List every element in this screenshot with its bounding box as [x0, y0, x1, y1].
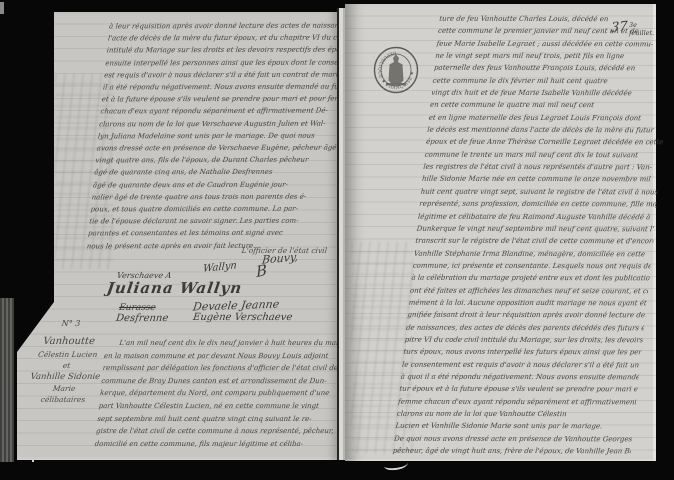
- book-gutter: [337, 8, 345, 460]
- handwritten-line: ture de feu Vanhoutte Charles Louis, déc…: [439, 13, 674, 26]
- handwritten-line: légitime et célibataire de feu Raimond A…: [417, 210, 656, 223]
- handwritten-line: tur époux et à la future épouse s'ils ve…: [399, 383, 638, 396]
- signature-eugene-verschaeve: Eugène Verschaeve: [192, 312, 293, 323]
- act-number: N° 3: [26, 318, 115, 329]
- handwritten-line: âgé de quarante deux ans et de Caudron E…: [92, 178, 335, 191]
- handwritten-line: feue Marie Isabelle Legraet ; aussi décé…: [436, 37, 674, 50]
- signature-officer: Bouvy,: [261, 250, 298, 266]
- handwritten-line: époux et de feue Anne Thérèse Corneille …: [425, 136, 664, 149]
- handwritten-line: célibataires: [18, 394, 107, 405]
- signature-wallyn-flourish: Wallyn: [203, 260, 237, 275]
- handwritten-line: Vanhoutte: [24, 335, 113, 349]
- handwritten-line: parantes et consentantes et les témoins …: [87, 227, 330, 240]
- handwritten-line: vingt quatre ans, fils de l'époux, de Du…: [95, 154, 338, 167]
- handwritten-line: avons dressé acte en présence de Verscha…: [96, 142, 339, 155]
- stacked-page-edges: [0, 298, 14, 462]
- handwritten-line: lyn Juliana Madelaine sont unis par le m…: [97, 129, 340, 142]
- handwritten-line: huit cent quatre vingt sept, suivant le …: [420, 186, 659, 199]
- handwritten-line: et à la future épouse s'ils veulent se p…: [101, 93, 344, 106]
- handwritten-line: les registres de l'état civil à nous rep…: [423, 161, 662, 174]
- handwritten-line: est requis d'avoir à nous déclarer s'il …: [104, 68, 347, 81]
- handwritten-line: ne le vingt sept mars mil neuf trois, pe…: [435, 50, 674, 63]
- handwritten-line: Lucien et Vanhille Sidonie Marie sont un…: [395, 420, 634, 433]
- handwritten-line: transcrit sur le régistre de l'état civi…: [415, 235, 654, 248]
- signature-juliana-wallyn: Juliana Wallyn: [106, 279, 244, 297]
- signature-eurasse: Eurasse: [118, 303, 156, 313]
- handwritten-line: Célestin Lucien: [23, 349, 112, 360]
- handwritten-line: et en ligne maternelle des feus Legraet …: [428, 111, 667, 124]
- handwritten-line: Vanhille Sidonie: [21, 371, 110, 383]
- handwritten-line: tie de l'épouse déclarant ne savoir sign…: [89, 215, 332, 228]
- marriage-act-text: à leur réquisition après avoir donné lec…: [86, 20, 352, 253]
- handwritten-line: commune de Bray Dunes canton est et arro…: [101, 375, 342, 388]
- handwritten-line: kerque, département du Nord, ont comparu…: [99, 387, 340, 400]
- handwritten-line: le consentement est requis d'avoir à nou…: [401, 358, 640, 371]
- corner-sliver: [0, 2, 4, 14]
- handwritten-line: Vanhille Stéphanie Irma Blandine, ménagè…: [413, 247, 652, 260]
- handwritten-line: hille Sidonie Marie née en cette commune…: [421, 173, 660, 186]
- handwritten-line: âgé de quarante cinq ans, de Nathalie De…: [94, 166, 337, 179]
- handwritten-line: remplissant par délégation les fonctions…: [102, 362, 343, 375]
- handwritten-line: à la célébration du mariage projeté entr…: [411, 272, 650, 285]
- handwritten-line: l'acte de décès de la mère du futur épou…: [107, 32, 350, 45]
- page-corner-curl: [384, 458, 409, 471]
- handwritten-line: clarons au nom de la loi que Vanhoutte C…: [396, 408, 635, 421]
- handwritten-line: gistre de l'état civil de cette commune …: [95, 425, 336, 438]
- scanned-register-photo: à leur réquisition après avoir donné lec…: [0, 0, 674, 480]
- handwritten-line: chacun d'eux ayant répondu séparément et…: [100, 105, 343, 118]
- officer-closing-line: L'officier de l'état civil: [167, 246, 328, 255]
- handwritten-line: De quoi nous avons dressé acte en présen…: [393, 432, 632, 445]
- handwritten-line: et: [22, 360, 111, 371]
- handwritten-line: à leur réquisition après avoir donné lec…: [108, 20, 351, 33]
- handwritten-line: vingt dix huit et de feue Marie Isabelle…: [431, 87, 670, 100]
- handwritten-line: représenté, sans profession, domiciliée …: [419, 198, 658, 211]
- handwritten-line: turs époux, nous avons interpellé les fu…: [403, 346, 642, 359]
- handwritten-line: mément à la loi. Aucune opposition audit…: [408, 297, 647, 310]
- handwritten-line: commune, ici présente et consentante. Le…: [412, 260, 651, 273]
- handwritten-line: part Vanhoutte Célestin Lucien, né en ce…: [98, 400, 339, 413]
- handwritten-line: en la maison commune et par devant Nous …: [103, 350, 344, 363]
- handwritten-line: à quoi il a été répondu négativement. No…: [400, 371, 639, 384]
- handwritten-line: sept septembre mil huit cent quatre ving…: [97, 413, 338, 426]
- handwritten-line: paternelle des feus Vanhoutte François L…: [433, 62, 672, 75]
- handwritten-line: cette commune le premier janvier mil neu…: [437, 25, 674, 38]
- marriage-act-text-continued: ture de feu Vanhoutte Charles Louis, déc…: [392, 13, 674, 458]
- handwritten-line: poux, et tous quatre domiciliés en cette…: [90, 203, 333, 216]
- handwritten-line: en cette commune le quatre mai mil neuf …: [429, 99, 668, 112]
- marianne-figure: [389, 55, 404, 84]
- handwritten-line: clarons au nom de la loi que Verschaeve …: [99, 117, 342, 130]
- left-page: à leur réquisition après avoir donné lec…: [17, 12, 338, 460]
- handwritten-line: pêcheur, âgé de vingt huit ans, frère de…: [392, 445, 631, 458]
- handwritten-line: nalier âgé de trente quatre ans tous tro…: [91, 190, 334, 203]
- handwritten-line: il a été répondu négativement. Nous avon…: [102, 81, 345, 94]
- handwritten-line: femme chacun d'eux ayant répondu séparém…: [397, 395, 636, 408]
- signature-paraph: B: [255, 261, 267, 281]
- signature-desfrenne: Desfrenne: [115, 313, 169, 324]
- republique-francaise-stamp-icon: RÉPUBLIQUE ★ FRANÇAISE ★: [373, 46, 419, 94]
- handwritten-line: ont été faites et affichées les dimanche…: [409, 284, 648, 297]
- handwritten-line: pitre VI du code civil intitulé du Maria…: [404, 334, 643, 347]
- handwritten-line: domicilié en cette commune, fils majeur …: [94, 438, 335, 451]
- handwritten-line: intitulé du Mariage sur les droits et le…: [106, 44, 349, 57]
- handwritten-line: ensuite interpellé les personnes ainsi q…: [105, 56, 348, 69]
- next-act-text: L'an mil neuf cent dix le dix neuf janvi…: [94, 337, 346, 450]
- handwritten-line: Marie: [20, 383, 109, 394]
- handwritten-line: Dunkerque le vingt neuf septembre mil ne…: [416, 223, 655, 236]
- right-page: RÉPUBLIQUE ★ FRANÇAISE ★ 37 3e feuillet.…: [345, 4, 656, 461]
- handwritten-line: commune le trente un mars mil neuf cent …: [424, 148, 663, 161]
- handwritten-line: le décès est mentionné dans l'acte de dé…: [427, 124, 666, 137]
- handwritten-line: cette commune le dix février mil huit ce…: [432, 74, 671, 87]
- handwritten-line: L'an mil neuf cent dix le dix neuf janvi…: [105, 337, 346, 350]
- handwritten-line: gnifiée faisant droit à leur réquisition…: [407, 309, 646, 322]
- handwritten-line: de naissances, des actes de décès des pa…: [405, 321, 644, 334]
